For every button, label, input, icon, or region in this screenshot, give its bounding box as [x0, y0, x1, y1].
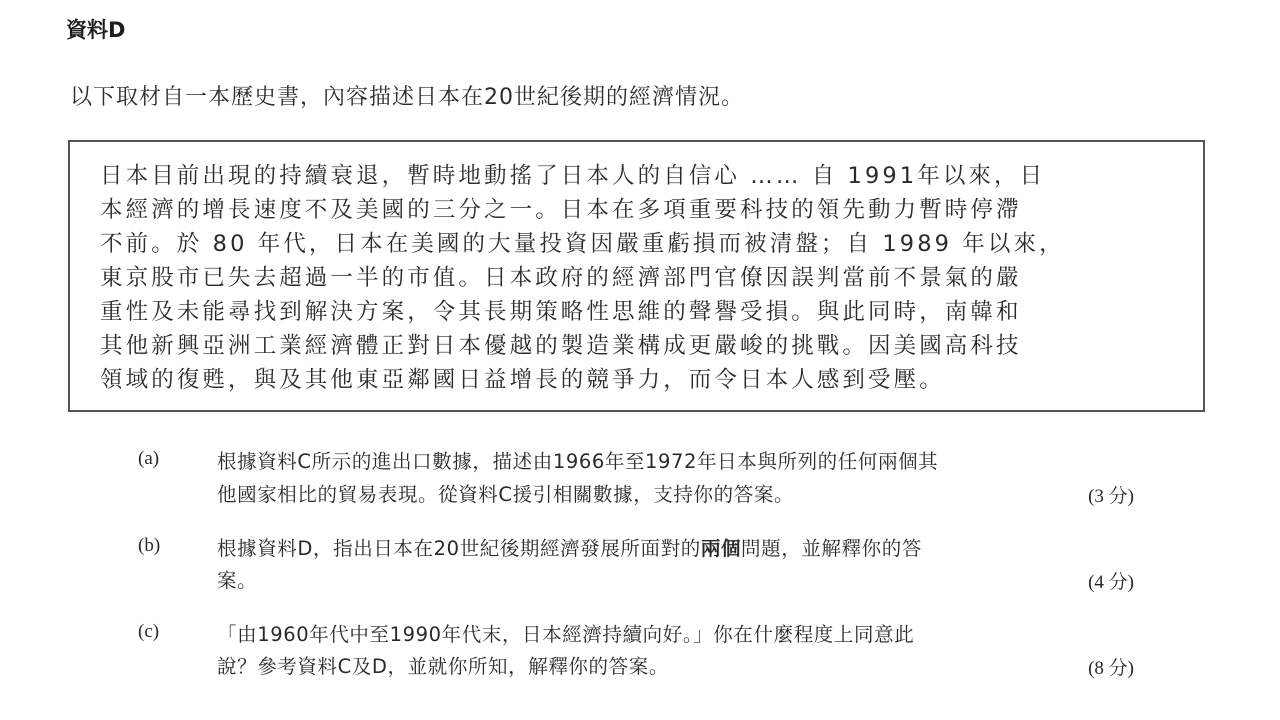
source-excerpt-box: 日本目前出現的持續衰退，暫時地動搖了日本人的自信心 …… 自 1991年以來，日…: [68, 140, 1205, 412]
question-marks: (8 分): [1088, 653, 1134, 680]
source-intro: 以下取材自一本歷史書，內容描述日本在20世紀後期的經濟情況。: [70, 80, 744, 111]
question-text-line: 「由1960年代中至1990年代末，日本經濟持續向好。」你在什麼程度上同意此: [217, 619, 914, 647]
question-emphasis: 兩個: [701, 537, 741, 560]
source-heading: 資料D: [66, 14, 125, 44]
question-label: (c): [138, 621, 159, 643]
source-line: 領域的復甦，與及其他東亞鄰國日益增長的競爭力，而令日本人感到受壓。: [100, 362, 945, 394]
question-marks: (4 分): [1088, 567, 1134, 594]
source-line: 重性及未能尋找到解決方案，令其長期策略性思維的聲譽受損。與此同時，南韓和: [100, 294, 1022, 326]
question-text-line: 他國家相比的貿易表現。從資料C援引相關數據，支持你的答案。: [217, 479, 794, 507]
question-marks: (3 分): [1088, 481, 1134, 508]
question-label: (a): [138, 448, 159, 470]
question-text-line: 說？參考資料C及D，並就你所知，解釋你的答案。: [217, 651, 669, 679]
source-line: 其他新興亞洲工業經濟體正對日本優越的製造業構成更嚴峻的挑戰。因美國高科技: [100, 328, 1022, 360]
question-label: (b): [138, 535, 160, 557]
question-text-line: 根據資料D，指出日本在20世紀後期經濟發展所面對的兩個問題，並解釋你的答: [217, 533, 922, 561]
source-line: 日本目前出現的持續衰退，暫時地動搖了日本人的自信心 …… 自 1991年以來，日: [100, 158, 1045, 190]
question-text-line: 案。: [217, 565, 257, 593]
question-text-line: 根據資料C所示的進出口數據，描述由1966年至1972年日本與所列的任何兩個其: [217, 446, 938, 474]
source-line: 東京股市已失去超過一半的市值。日本政府的經濟部門官僚因誤判當前不景氣的嚴: [100, 260, 1022, 292]
question-text: 問題，並解釋你的答: [741, 537, 922, 560]
source-line: 本經濟的增長速度不及美國的三分之一。日本在多項重要科技的領先動力暫時停滯: [100, 192, 1022, 224]
question-text: 根據資料D，指出日本在20世紀後期經濟發展所面對的: [217, 537, 701, 560]
source-line: 不前。於 80 年代，日本在美國的大量投資因嚴重虧損而被清盤；自 1989 年以…: [100, 226, 1065, 258]
